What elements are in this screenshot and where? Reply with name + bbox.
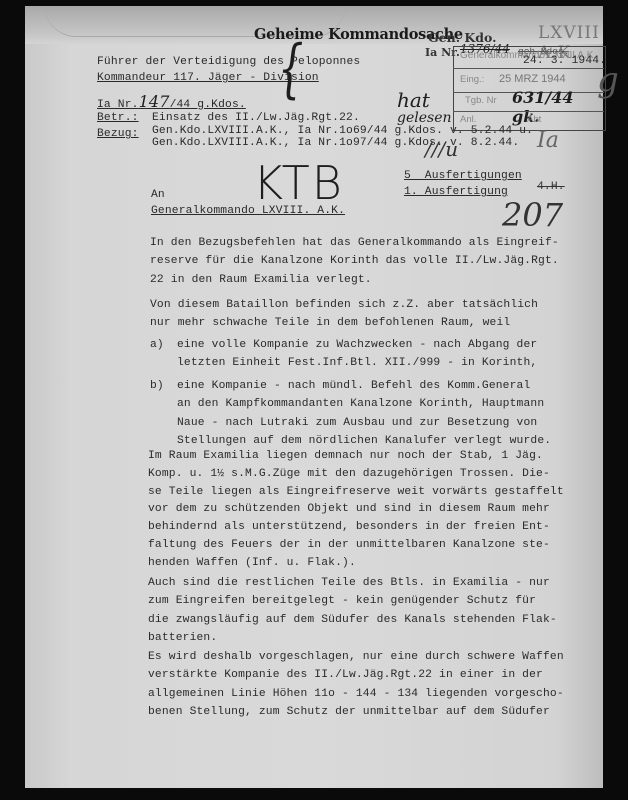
initial-g: g bbox=[597, 60, 619, 100]
document-page: Geheime Kommandosache Gen. Kdo. LXVIII A… bbox=[25, 6, 603, 788]
tgb-label: Tgb. Nr bbox=[465, 95, 497, 106]
abt-label: Abt bbox=[527, 114, 541, 125]
paragraph-4: Auch sind die restlichen Teile des Btls.… bbox=[148, 574, 557, 648]
eing-label: Eing.: bbox=[460, 74, 484, 85]
bezug-line1: Gen.Kdo.LXVIII.A.K., Ia Nr.1o69/44 g.Kdo… bbox=[152, 125, 533, 137]
document-date: 24. 3. 1944. bbox=[523, 52, 606, 70]
paragraph-1: In den Bezugsbefehlen hat das Generalkom… bbox=[150, 234, 559, 289]
ia-note: Ia bbox=[537, 128, 559, 153]
stamp-divider bbox=[453, 111, 604, 112]
eing-date: 25 MRZ 1944 bbox=[499, 73, 566, 85]
bezug-label: Bezug: bbox=[97, 125, 139, 143]
paragraph-3: Im Raum Examilia liegen demnach nur noch… bbox=[148, 448, 564, 573]
number-207: 207 bbox=[502, 196, 563, 234]
addressee-recipient: Generalkommando LXVIII. A.K. bbox=[151, 202, 345, 220]
struck-note: 4.H. bbox=[537, 178, 565, 196]
margin-note-hat: hat bbox=[397, 88, 430, 112]
tgb-number: 631/44 gk. bbox=[512, 88, 603, 126]
margin-note-gelesen: gelesen bbox=[397, 110, 452, 126]
item-b: eine Kompanie - nach mündl. Befehl des K… bbox=[177, 377, 551, 451]
bezug-line2: Gen.Kdo.LXVIII.A.K., Ia Nr.1o97/44 g.Kdo… bbox=[152, 137, 519, 149]
item-a: eine volle Kompanie zu Wachzwecken - nac… bbox=[177, 336, 537, 373]
anl-label: Anl. bbox=[460, 114, 476, 125]
initial-mark: { bbox=[278, 32, 303, 106]
item-a-label: a) bbox=[150, 336, 164, 354]
paragraph-5: Es wird deshalb vorgeschlagen, nur eine … bbox=[148, 648, 564, 722]
paragraph-2: Von diesem Bataillon befinden sich z.Z. … bbox=[150, 296, 538, 333]
initial-scribble: ///u bbox=[425, 137, 458, 161]
copy-number: 1. Ausfertigung bbox=[404, 183, 508, 201]
item-b-label: b) bbox=[150, 377, 164, 395]
